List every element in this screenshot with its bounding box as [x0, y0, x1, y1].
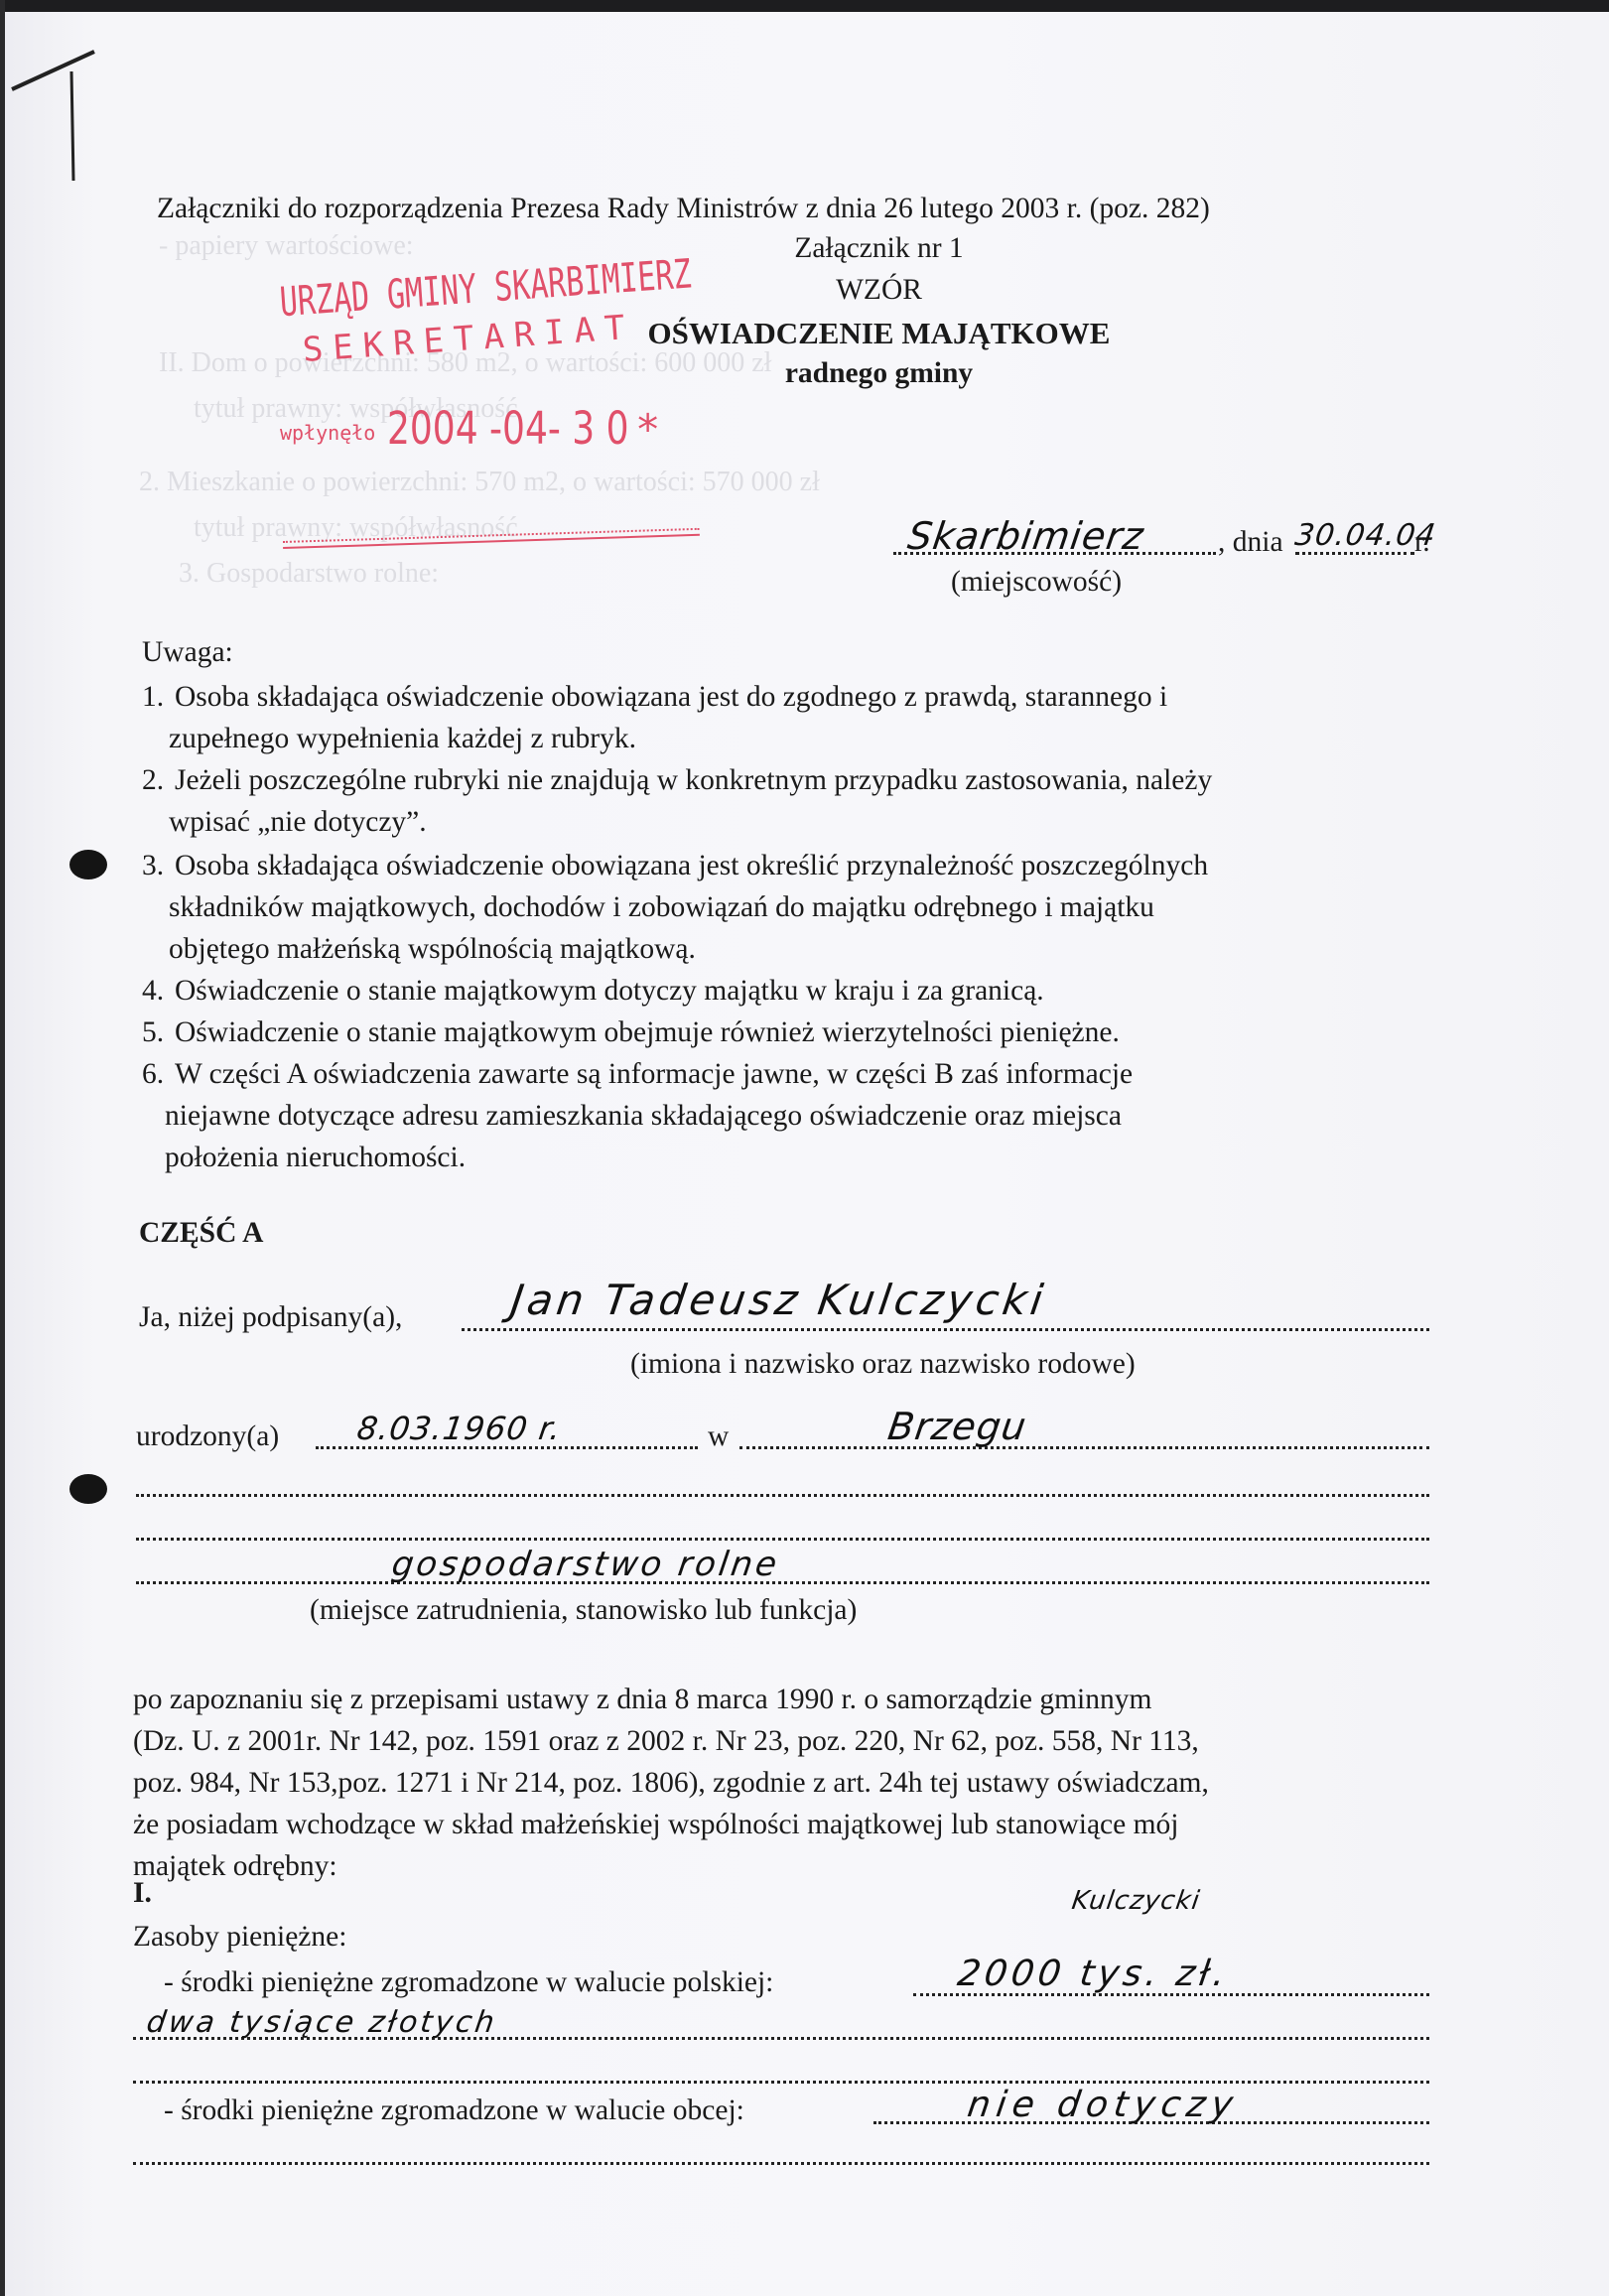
date-label: , dnia	[1218, 528, 1283, 558]
note-text: wpisać „nie dotyczy”.	[169, 808, 427, 838]
note-text: niejawne dotyczące adresu zamieszkania s…	[165, 1102, 1122, 1132]
pln-funds-label: - środki pieniężne zgromadzone w walucie…	[164, 1968, 773, 1998]
place-value[interactable]: Skarbimierz	[905, 514, 1146, 558]
name-caption: (imiona i nazwisko oraz nazwisko rodowe)	[630, 1350, 1136, 1380]
name-field-line	[462, 1328, 1429, 1331]
punch-hole-top	[69, 850, 107, 879]
note-text: położenia nieruchomości.	[165, 1144, 466, 1173]
employment-value[interactable]: gospodarstwo rolne	[389, 1545, 782, 1584]
blank-field-line[interactable]	[133, 2162, 1429, 2165]
note-text: objętego małżeńską wspólnością majątkową…	[169, 935, 696, 965]
declaration-line: poz. 984, Nr 153,poz. 1271 i Nr 214, poz…	[133, 1769, 1209, 1799]
note-text: W części A oświadczenia zawarte są infor…	[175, 1060, 1133, 1090]
note-text: zupełnego wypełnienia każdej z rubryk.	[169, 725, 636, 754]
note-text: Osoba składająca oświadczenie obowiązana…	[175, 852, 1208, 881]
note-text: Osoba składająca oświadczenie obowiązana…	[175, 683, 1167, 713]
annex-number: Załącznik nr 1	[0, 234, 1609, 264]
regulation-reference: Załączniki do rozporządzenia Prezesa Rad…	[157, 195, 1210, 224]
section-i-numeral: I.	[133, 1879, 152, 1909]
name-label: Ja, niżej podpisany(a),	[139, 1303, 402, 1333]
note-text: Oświadczenie o stanie majątkowym dotyczy…	[175, 977, 1044, 1007]
stamp-received-label: wpłynęło	[280, 421, 375, 445]
section-i-label: Zasoby pieniężne:	[133, 1923, 346, 1953]
declaration-line: majątek odrębny:	[133, 1852, 337, 1882]
punch-hole-bottom	[69, 1474, 107, 1504]
employment-field-line[interactable]	[136, 1581, 1429, 1584]
note-number: 4.	[142, 977, 164, 1007]
pln-funds-value[interactable]: 2000 tys. zł.	[955, 1954, 1232, 1994]
note-text: składników majątkowych, dochodów i zobow…	[169, 893, 1154, 923]
born-label: urodzony(a)	[136, 1422, 279, 1452]
stamp-date: 2004 -04- 3 0	[387, 404, 629, 455]
document-title: OŚWIADCZENIE MAJĄTKOWE	[0, 318, 1609, 348]
scan-top-border	[0, 0, 1609, 12]
place-caption: (miejscowość)	[951, 568, 1122, 598]
blank-field-line[interactable]	[136, 1494, 1429, 1497]
declaration-line: po zapoznaniu się z przepisami ustawy z …	[133, 1686, 1151, 1715]
note-number: 1.	[142, 683, 164, 713]
born-place-value[interactable]: Brzegu	[885, 1405, 1029, 1448]
part-a-heading: CZĘŚĆ A	[139, 1219, 263, 1249]
stamp-star: *	[635, 405, 660, 454]
show-through-line: 2. Mieszkanie o powierzchni: 570 m2, o w…	[139, 467, 820, 498]
correction-initials: Kulczycki	[1070, 1886, 1202, 1916]
declaration-line: że posiadam wchodzące w skład małżeńskie…	[133, 1811, 1179, 1840]
note-number: 2.	[142, 766, 164, 796]
corner-page-number-mark	[0, 0, 139, 199]
document-page: - papiery wartościowe: II. Dom o powierz…	[0, 0, 1609, 2296]
pln-words-value[interactable]: dwa tysiące złotych	[145, 2005, 500, 2040]
note-number: 6.	[142, 1060, 164, 1090]
year-suffix: r.	[1414, 528, 1430, 558]
note-text: Jeżeli poszczególne rubryki nie znajdują…	[175, 766, 1212, 796]
note-number: 3.	[142, 852, 164, 881]
foreign-funds-label: - środki pieniężne zgromadzone w walucie…	[164, 2096, 744, 2126]
name-value[interactable]: Jan Tadeusz Kulczycki	[508, 1276, 1050, 1324]
blank-field-line[interactable]	[133, 2081, 1429, 2084]
foreign-funds-value[interactable]: nie dotyczy	[965, 2085, 1241, 2125]
notes-heading: Uwaga:	[142, 638, 233, 668]
born-place-field-line	[739, 1446, 1429, 1449]
declaration-line: (Dz. U. z 2001r. Nr 142, poz. 1591 oraz …	[133, 1727, 1199, 1757]
document-subtitle: radnego gminy	[0, 359, 1609, 389]
blank-field-line[interactable]	[136, 1538, 1429, 1541]
employment-caption: (miejsce zatrudnienia, stanowisko lub fu…	[310, 1596, 857, 1626]
born-date-value[interactable]: 8.03.1960 r.	[354, 1410, 564, 1447]
born-in-label: w	[708, 1422, 729, 1452]
template-label: WZÓR	[0, 276, 1609, 306]
note-number: 5.	[142, 1018, 164, 1048]
note-text: Oświadczenie o stanie majątkowym obejmuj…	[175, 1018, 1120, 1048]
show-through-line: 3. Gospodarstwo rolne:	[179, 558, 439, 590]
